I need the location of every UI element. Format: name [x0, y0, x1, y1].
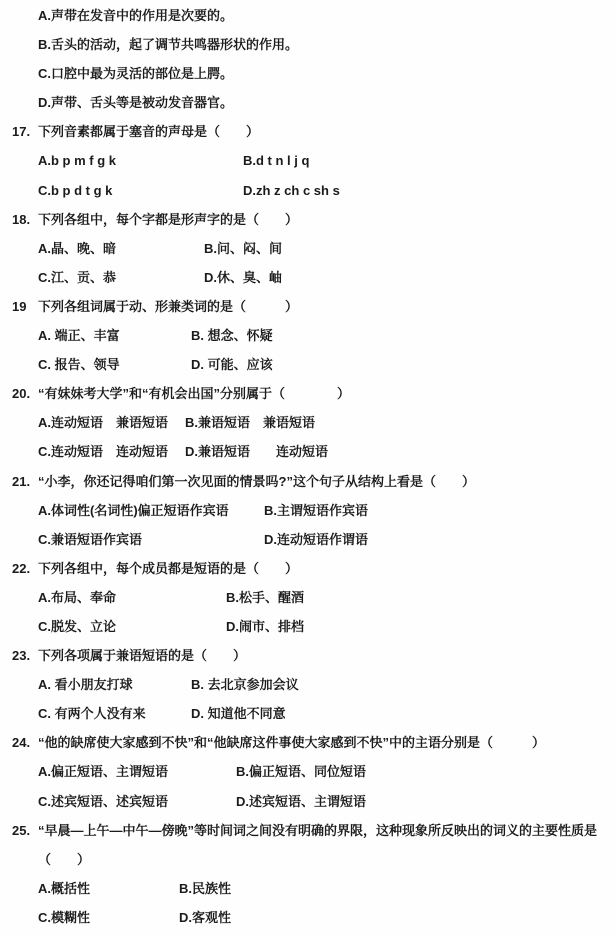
option-a: A.连动短语 兼语短语 — [38, 408, 185, 437]
question-number: 17. — [12, 117, 38, 146]
question-stem-line: 24.“他的缺席使大家感到不快”和“他缺席这件事使大家感到不快”中的主语分别是（… — [0, 728, 616, 757]
option-c: C.模糊性 — [38, 903, 179, 932]
question-stem: “有妹妹考大学”和“有机会出国”分别属于（ ） — [38, 386, 350, 401]
options-row: A.偏正短语、主谓短语B.偏正短语、同位短语 — [0, 757, 616, 786]
options-row: C.连动短语 连动短语D.兼语短语 连动短语 — [0, 437, 616, 466]
question-20: 20.“有妹妹考大学”和“有机会出国”分别属于（ ） A.连动短语 兼语短语B.… — [0, 379, 616, 466]
option-a: A.偏正短语、主谓短语 — [38, 757, 236, 786]
question-stem: “他的缺席使大家感到不快”和“他缺席这件事使大家感到不快”中的主语分别是（ ） — [38, 735, 545, 750]
option-a: A.晶、晚、暗 — [38, 234, 204, 263]
options-row: A.概括性B.民族性 — [0, 874, 616, 903]
option-b: B. 去北京参加会议 — [191, 670, 299, 699]
options-row: C.模糊性D.客观性 — [0, 903, 616, 932]
question-stem: 下列音素都属于塞音的声母是（ ） — [38, 124, 259, 139]
prelude-option-b: B.舌头的活动，起了调节共鸣器形状的作用。 — [0, 30, 616, 59]
exam-page: A.声带在发音中的作用是次要的。 B.舌头的活动，起了调节共鸣器形状的作用。 C… — [0, 0, 616, 935]
option-c: C. 报告、领导 — [38, 350, 191, 379]
question-stem-line: 23.下列各项属于兼语短语的是（ ） — [0, 641, 616, 670]
option-d: D.兼语短语 连动短语 — [185, 437, 328, 466]
options-row: A.布局、奉命B.松手、醒酒 — [0, 583, 616, 612]
question-18: 18.下列各组中，每个字都是形声字的是（ ） A.晶、晚、暗B.问、闷、间 C.… — [0, 205, 616, 292]
option-c: C. 有两个人没有来 — [38, 699, 191, 728]
options-row: C.脱发、立论D.闹市、排档 — [0, 612, 616, 641]
question-22: 22.下列各组中，每个成员都是短语的是（ ） A.布局、奉命B.松手、醒酒 C.… — [0, 554, 616, 641]
option-b: B. 想念、怀疑 — [191, 321, 273, 350]
prelude-option-c: C.口腔中最为灵活的部位是上腭。 — [0, 59, 616, 88]
options-row: C. 有两个人没有来D. 知道他不同意 — [0, 699, 616, 728]
question-number: 24. — [12, 728, 38, 757]
question-stem: 下列各项属于兼语短语的是（ ） — [38, 648, 246, 663]
option-d: D. 可能、应该 — [191, 350, 273, 379]
option-d: D.客观性 — [179, 903, 231, 932]
prelude-option-a: A.声带在发音中的作用是次要的。 — [0, 1, 616, 30]
option-a: A. 看小朋友打球 — [38, 670, 191, 699]
question-17: 17.下列音素都属于塞音的声母是（ ） A.b p m f g kB.d t n… — [0, 117, 616, 204]
options-row: A.体词性(名词性)偏正短语作宾语B.主谓短语作宾语 — [0, 496, 616, 525]
question-stem: “小李，你还记得咱们第一次见面的情景吗?”这个句子从结构上看是（ ） — [38, 474, 475, 489]
question-number: 20. — [12, 379, 38, 408]
answer-brackets-line: （ ） — [0, 845, 616, 874]
option-a: A.概括性 — [38, 874, 179, 903]
options-row: C.述宾短语、述宾短语D.述宾短语、主谓短语 — [0, 787, 616, 816]
question-19: 19下列各组词属于动、形兼类词的是（ ） A. 端正、丰富B. 想念、怀疑 C.… — [0, 292, 616, 379]
option-b: B.d t n l j q — [243, 146, 309, 175]
option-d: D. 知道他不同意 — [191, 699, 286, 728]
options-row: A. 看小朋友打球B. 去北京参加会议 — [0, 670, 616, 699]
question-stem-line: 20.“有妹妹考大学”和“有机会出国”分别属于（ ） — [0, 379, 616, 408]
option-b: B.主谓短语作宾语 — [264, 496, 368, 525]
options-row: A.连动短语 兼语短语B.兼语短语 兼语短语 — [0, 408, 616, 437]
option-text: B.舌头的活动，起了调节共鸣器形状的作用。 — [38, 30, 298, 59]
option-d: D.述宾短语、主谓短语 — [236, 787, 366, 816]
option-a: A.布局、奉命 — [38, 583, 226, 612]
option-d: D.休、臭、岫 — [204, 263, 282, 292]
question-stem-line: 22.下列各组中，每个成员都是短语的是（ ） — [0, 554, 616, 583]
options-row: C.兼语短语作宾语D.连动短语作谓语 — [0, 525, 616, 554]
option-c: C.兼语短语作宾语 — [38, 525, 264, 554]
option-c: C.b p d t g k — [38, 176, 243, 205]
option-a: A.体词性(名词性)偏正短语作宾语 — [38, 496, 264, 525]
question-stem: 下列各组词属于动、形兼类词的是（ ） — [38, 299, 298, 314]
question-21: 21.“小李，你还记得咱们第一次见面的情景吗?”这个句子从结构上看是（ ） A.… — [0, 467, 616, 554]
option-b: B.偏正短语、同位短语 — [236, 757, 366, 786]
question-number: 25. — [12, 816, 38, 845]
question-stem-line: 19下列各组词属于动、形兼类词的是（ ） — [0, 292, 616, 321]
question-number: 21. — [12, 467, 38, 496]
question-24: 24.“他的缺席使大家感到不快”和“他缺席这件事使大家感到不快”中的主语分别是（… — [0, 728, 616, 815]
option-d: D.连动短语作谓语 — [264, 525, 368, 554]
option-b: B.问、闷、间 — [204, 234, 282, 263]
option-d: D.zh z ch c sh s — [243, 176, 340, 205]
options-row: C.江、贡、恭D.休、臭、岫 — [0, 263, 616, 292]
question-stem: “早晨—上午—中午—傍晚”等时间词之间没有明确的界限，这种现象所反映出的词义的主… — [38, 823, 597, 838]
option-c: C.述宾短语、述宾短语 — [38, 787, 236, 816]
question-stem: 下列各组中，每个字都是形声字的是（ ） — [38, 212, 298, 227]
options-row: A.b p m f g kB.d t n l j q — [0, 146, 616, 175]
question-stem-line: 17.下列音素都属于塞音的声母是（ ） — [0, 117, 616, 146]
options-row: A. 端正、丰富B. 想念、怀疑 — [0, 321, 616, 350]
option-text: C.口腔中最为灵活的部位是上腭。 — [38, 59, 233, 88]
question-stem-line: 18.下列各组中，每个字都是形声字的是（ ） — [0, 205, 616, 234]
option-b: B.民族性 — [179, 874, 231, 903]
question-number: 18. — [12, 205, 38, 234]
option-c: C.脱发、立论 — [38, 612, 226, 641]
question-23: 23.下列各项属于兼语短语的是（ ） A. 看小朋友打球B. 去北京参加会议 C… — [0, 641, 616, 728]
question-stem-line: 25.“早晨—上午—中午—傍晚”等时间词之间没有明确的界限，这种现象所反映出的词… — [0, 816, 616, 845]
question-stem: 下列各组中，每个成员都是短语的是（ ） — [38, 561, 298, 576]
option-a: A. 端正、丰富 — [38, 321, 191, 350]
options-row: C. 报告、领导D. 可能、应该 — [0, 350, 616, 379]
question-number: 22. — [12, 554, 38, 583]
option-b: B.松手、醒酒 — [226, 583, 304, 612]
options-row: C.b p d t g kD.zh z ch c sh s — [0, 176, 616, 205]
option-c: C.连动短语 连动短语 — [38, 437, 185, 466]
question-number: 23. — [12, 641, 38, 670]
options-row: A.晶、晚、暗B.问、闷、间 — [0, 234, 616, 263]
answer-brackets: （ ） — [38, 845, 90, 874]
question-number: 19 — [12, 292, 38, 321]
option-a: A.b p m f g k — [38, 146, 243, 175]
option-text: A.声带在发音中的作用是次要的。 — [38, 1, 233, 30]
question-25: 25.“早晨—上午—中午—傍晚”等时间词之间没有明确的界限，这种现象所反映出的词… — [0, 816, 616, 932]
prelude-option-d: D.声带、舌头等是被动发音器官。 — [0, 88, 616, 117]
question-stem-line: 21.“小李，你还记得咱们第一次见面的情景吗?”这个句子从结构上看是（ ） — [0, 467, 616, 496]
option-text: D.声带、舌头等是被动发音器官。 — [38, 88, 233, 117]
option-c: C.江、贡、恭 — [38, 263, 204, 292]
option-b: B.兼语短语 兼语短语 — [185, 408, 315, 437]
option-d: D.闹市、排档 — [226, 612, 304, 641]
